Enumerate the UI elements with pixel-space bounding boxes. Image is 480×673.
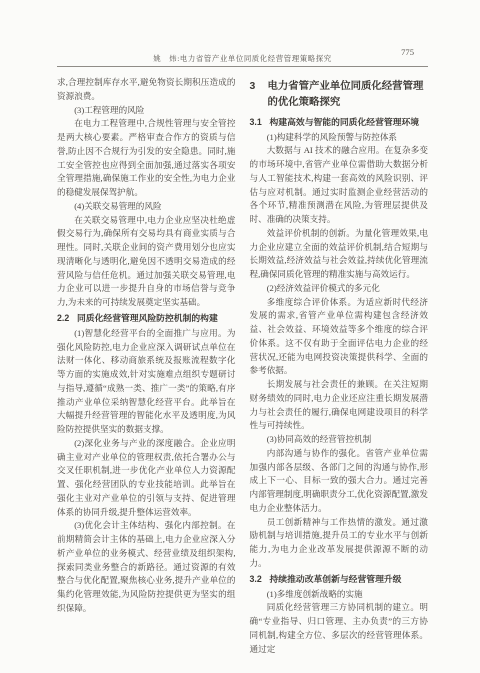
page-header: 姚 炜:电力省管产业单位同质化经营管理策略探究 775 bbox=[57, 48, 428, 66]
paragraph: 效益评价机制的创新。为量化管理效果,电力企业应建立全面的效益评价机制,结合短期与… bbox=[250, 227, 429, 282]
paragraph: (3)工程管理的风险 bbox=[57, 104, 236, 118]
paragraph: (2)经济效益评价模式的多元化 bbox=[250, 282, 429, 296]
paragraph: (3)协同高效的经营管控机制 bbox=[250, 433, 429, 447]
left-column: 求,合理控制库存水平,避免物资长期积压造成的资源浪费。(3)工程管理的风险在电力… bbox=[57, 76, 236, 656]
paragraph: (1)多维度创新战略的实施 bbox=[250, 588, 429, 602]
section-title: 持续推动改革创新与经营管理升级 bbox=[270, 574, 402, 584]
paragraph: (1)智慧化经营平台的全面推广与应用。为强化风险防控,电力企业应深入调研试点单位… bbox=[57, 327, 236, 437]
paragraph: 在电力工程管理中,合规性管理与安全管控是两大核心要素。严格审查合作方的资质与信誉… bbox=[57, 117, 236, 200]
section-number: 2.2 bbox=[57, 311, 77, 325]
paragraph: 多维度综合评价体系。为适应新时代经济发展的需求,省管产业单位需构建包含经济效益、… bbox=[250, 296, 429, 379]
paragraph: 内部沟通与协作的强化。省管产业单位需加强内部各层级、各部门之间的沟通与协作,形成… bbox=[250, 447, 429, 516]
paragraph: (3)优化会计主体结构、强化内部控制。在前期精简会计主体的基础上,电力企业应深入… bbox=[57, 519, 236, 615]
paragraph: 员工创新精神与工作热情的激发。通过激励机制与培训措施,提升员工的专业水平与创新能… bbox=[250, 516, 429, 571]
subsection-heading: 3.1构建高效与智能的同质化经营管理环境 bbox=[250, 115, 429, 129]
section-title: 同质化经营管理风险防控机制的构建 bbox=[77, 313, 218, 323]
right-column: 3电力省管产业单位同质化经营管理的优化策略探究3.1构建高效与智能的同质化经营管… bbox=[250, 76, 429, 656]
section-title: 电力省管产业单位同质化经营管理的优化策略探究 bbox=[268, 81, 424, 108]
body-columns: 求,合理控制库存水平,避免物资长期积压造成的资源浪费。(3)工程管理的风险在电力… bbox=[57, 76, 428, 656]
paragraph: 求,合理控制库存水平,避免物资长期积压造成的资源浪费。 bbox=[57, 76, 236, 104]
subsection-heading: 2.2同质化经营管理风险防控机制的构建 bbox=[57, 311, 236, 325]
paragraph: 同质化经营管理三方协同机制的建立。明确“专业指导、归口管理、主办负责”的三方协同… bbox=[250, 601, 429, 656]
running-title: 姚 炜:电力省管产业单位同质化经营管理策略探究 bbox=[153, 54, 331, 63]
header-rule bbox=[57, 66, 428, 67]
section-title: 构建高效与智能的同质化经营管理环境 bbox=[270, 117, 420, 127]
paragraph: (2)深化业务与产业的深度融合。企业应明确主业对产业单位的管理权责,依托合署办公… bbox=[57, 437, 236, 520]
paragraph: (4)关联交易管理的风险 bbox=[57, 200, 236, 214]
subsection-heading: 3.2持续推动改革创新与经营管理升级 bbox=[250, 572, 429, 586]
paragraph: (1)构建科学的风险预警与防控体系 bbox=[250, 131, 429, 145]
page-number: 775 bbox=[401, 47, 414, 57]
section-number: 3.2 bbox=[250, 572, 270, 586]
paragraph: 在关联交易管理中,电力企业应坚决杜绝虚假交易行为,确保所有交易均具有商业实质与合… bbox=[57, 214, 236, 310]
paragraph: 长期发展与社会责任的兼顾。在关注短期财务绩效的同时,电力企业还应注重长期发展潜力… bbox=[250, 378, 429, 433]
section-number: 3 bbox=[250, 79, 268, 95]
paragraph: 大数据与 AI 技术的融合应用。在复杂多变的市场环境中,省管产业单位需借助大数据… bbox=[250, 144, 429, 227]
paper-page: 姚 炜:电力省管产业单位同质化经营管理策略探究 775 求,合理控制库存水平,避… bbox=[0, 0, 480, 673]
section-heading: 3电力省管产业单位同质化经营管理的优化策略探究 bbox=[250, 79, 429, 111]
section-number: 3.1 bbox=[250, 115, 270, 129]
